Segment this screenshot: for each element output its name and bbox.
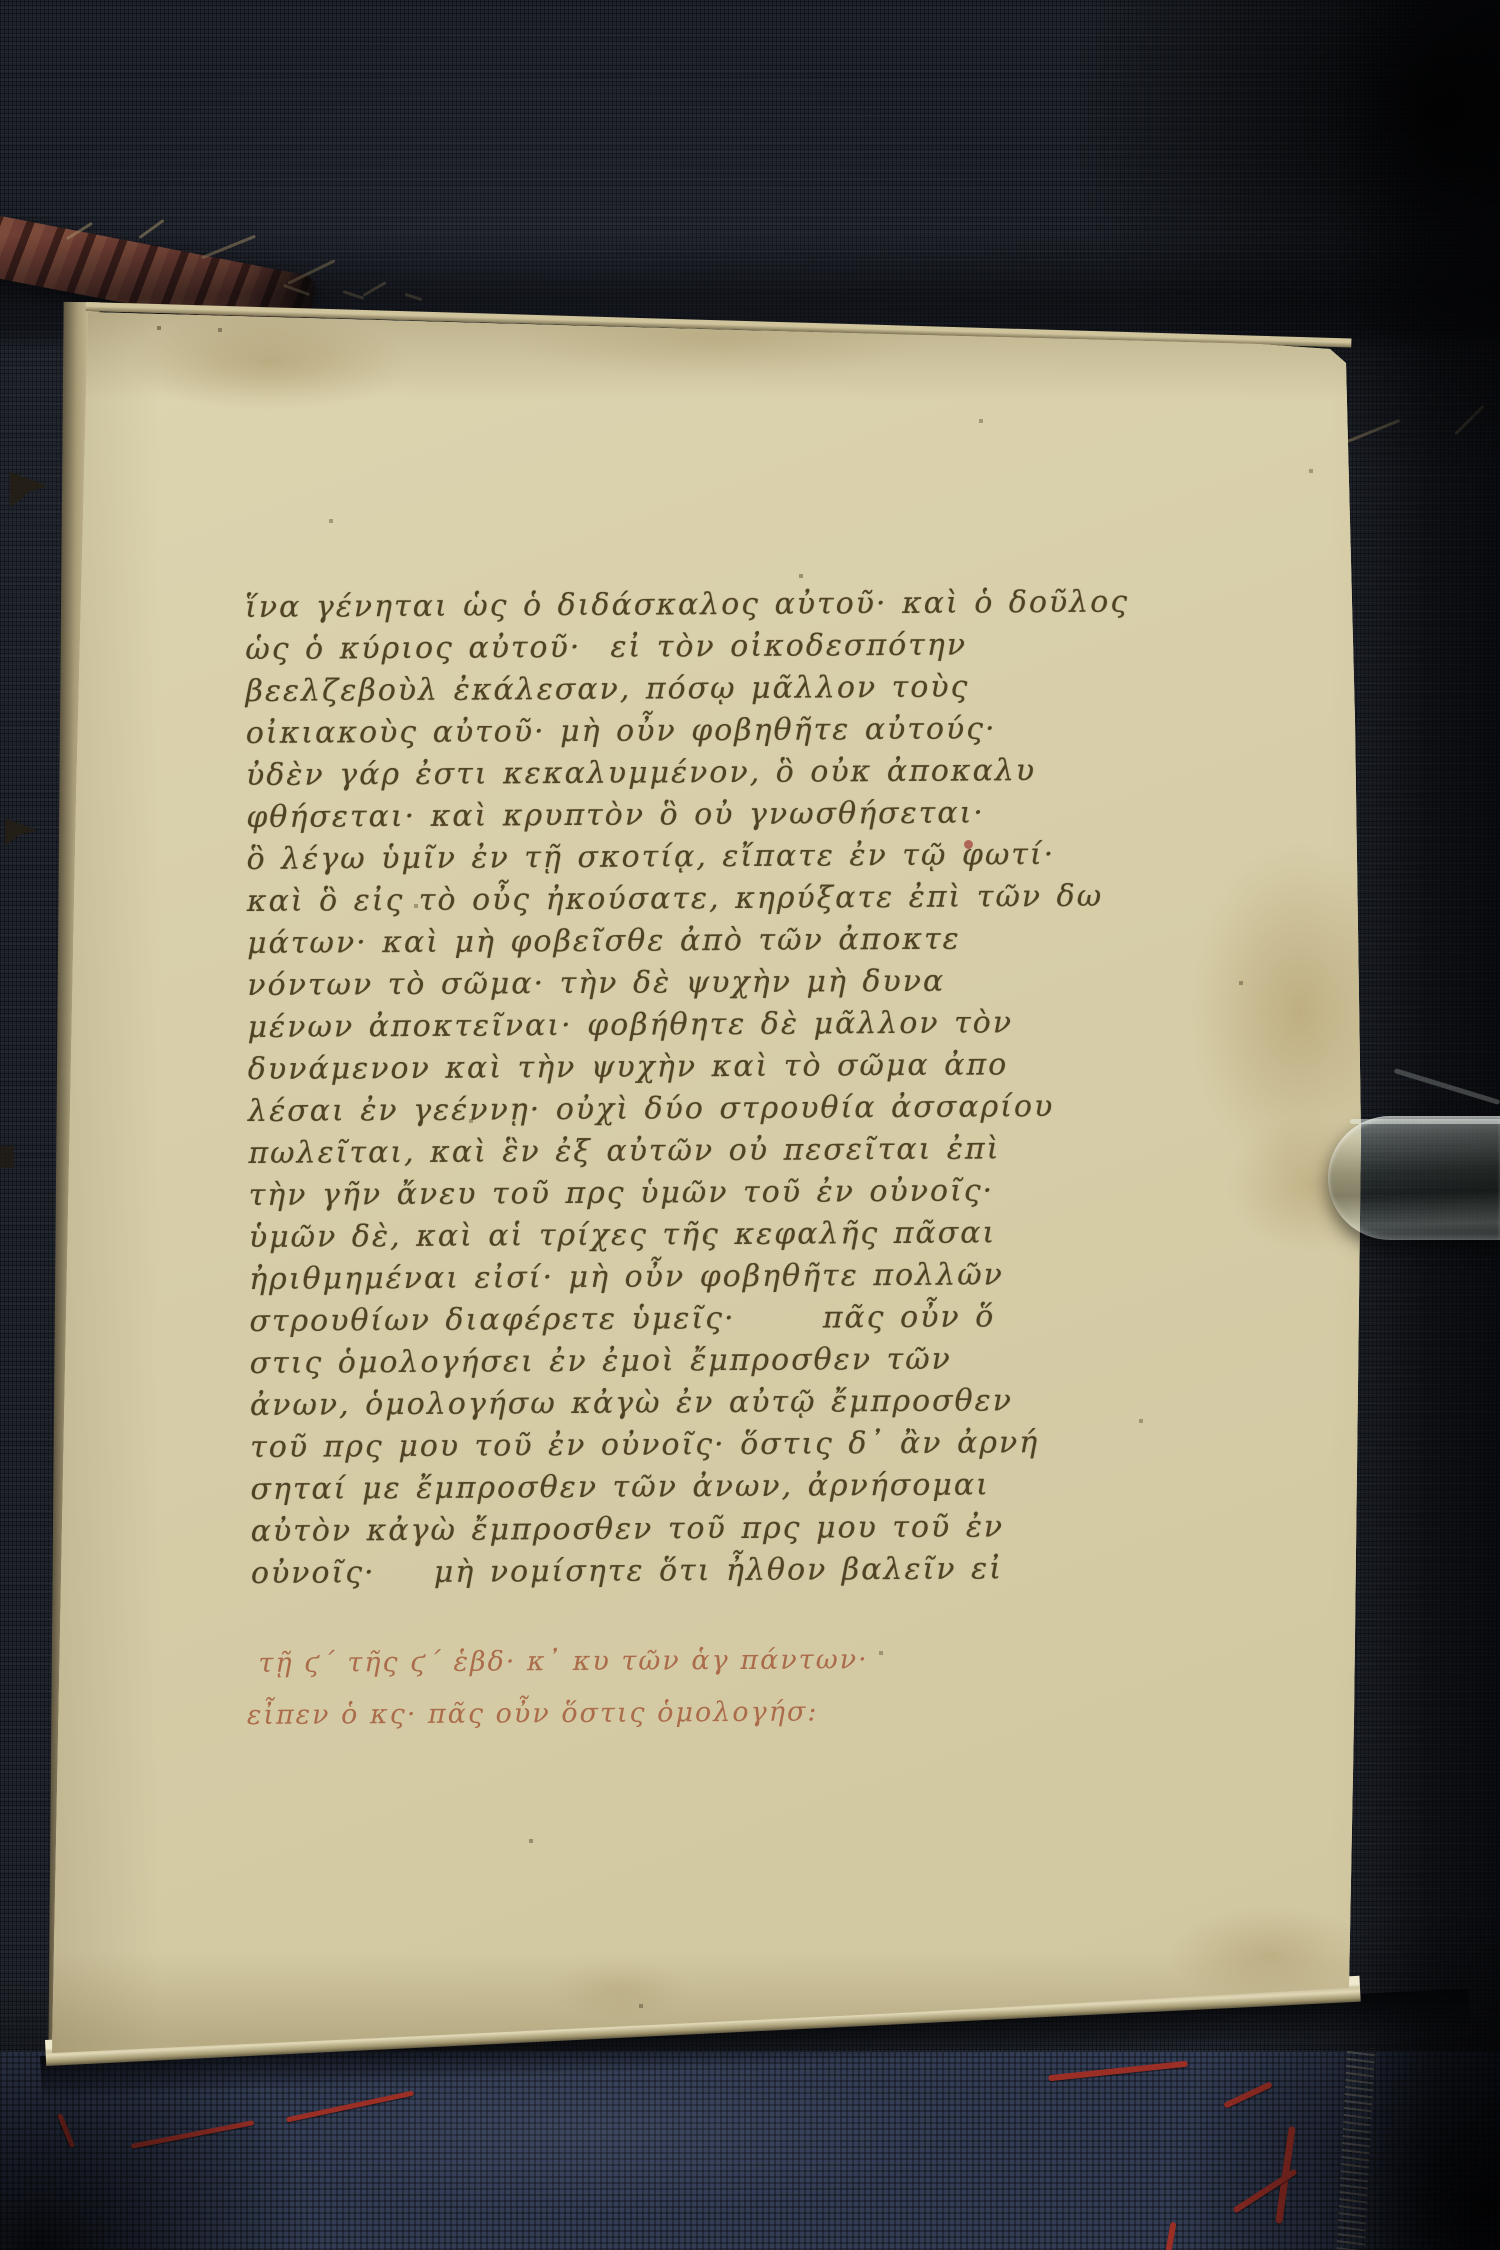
manuscript-line: λέσαι ἐν γεέννῃ· οὐχὶ δύο στρουθία ἀσσαρ…: [248, 1092, 1054, 1127]
plastic-strip: [1328, 1116, 1500, 1240]
manuscript-line: βεελζεβοὺλ ἐκάλεσαν, πόσῳ μᾶλλον τοὺς: [245, 673, 969, 707]
manuscript-line: στρουθίων διαφέρετε ὑμεῖς· πᾶς οὖν ὅ: [249, 1302, 995, 1337]
manuscript-line: δυνάμενον καὶ τὴν ψυχὴν καὶ τὸ σῶμα ἀπο: [248, 1050, 1009, 1085]
manuscript-line: καὶ ὃ εἰς τὸ οὖς ἠκούσατε, κηρύξατε ἐπὶ …: [247, 882, 1103, 917]
manuscript-line: ὃ λέγω ὑμῖν ἐν τῇ σκοτίᾳ, εἴπατε ἐν τῷ φ…: [246, 840, 1055, 875]
manuscript-line: ὑμῶν δὲ, καὶ αἱ τρίχες τῆς κεφαλῆς πᾶσαι: [249, 1218, 997, 1253]
manuscript-line: φθήσεται· καὶ κρυπτὸν ὃ οὐ γνωσθήσεται·: [246, 798, 985, 833]
manuscript-line: ἠριθμημέναι εἰσί· μὴ οὖν φοβηθῆτε πολλῶν: [249, 1260, 1004, 1295]
text-block: ἵνα γένηται ὡς ὁ διδάσκαλος αὐτοῦ· καὶ ὁ…: [0, 0, 1500, 2250]
manuscript-line: νόντων τὸ σῶμα· τὴν δὲ ψυχὴν μὴ δυνα: [247, 967, 945, 1001]
manuscript-line: ὐδὲν γάρ ἐστι κεκαλυμμένον, ὃ οὐκ ἀποκαλ…: [246, 756, 1036, 791]
manuscript-line: μένων ἀποκτεῖναι· φοβήθητε δὲ μᾶλλον τὸν: [248, 1008, 1014, 1043]
manuscript-line: οὐνοῖς· μὴ νομίσητε ὅτι ἦλθον βαλεῖν εἰ: [251, 1554, 1003, 1589]
rubric-dot: [964, 840, 973, 849]
manuscript-line: ἀνων, ὁμολογήσω κἀγὼ ἐν αὐτῷ ἔμπροσθεν: [250, 1386, 1013, 1421]
manuscript-photo: 30 ἵνα γένηται ὡς ὁ διδάσκαλος αὐτοῦ· κα…: [0, 0, 1500, 2250]
manuscript-line: αὐτὸν κἀγὼ ἔμπροσθεν τοῦ πρς μου τοῦ ἐν: [251, 1512, 1005, 1547]
manuscript-line: ἵνα γένηται ὡς ὁ διδάσκαλος αὐτοῦ· καὶ ὁ…: [245, 588, 1129, 623]
manuscript-line: ὡς ὁ κύριος αὐτοῦ· εἰ τὸν οἰκοδεσπότην: [245, 631, 967, 665]
manuscript-line: σηταί με ἔμπροσθεν τῶν ἀνων, ἀρνήσομαι: [250, 1470, 990, 1505]
manuscript-line: πωλεῖται, καὶ ἓν ἐξ αὐτῶν οὐ πεσεῖται ἐπ…: [248, 1134, 1000, 1169]
manuscript-line: μάτων· καὶ μὴ φοβεῖσθε ἀπὸ τῶν ἀποκτε: [247, 925, 961, 959]
manuscript-line: στις ὁμολογήσει ἐν ἐμοὶ ἔμπροσθεν τῶν: [250, 1345, 952, 1379]
manuscript-line: τοῦ πρς μου τοῦ ἐν οὐνοῖς· ὅστις δ᾽ ἂν ἀ…: [250, 1428, 1039, 1463]
rubric-line: εἶπεν ὁ κς· πᾶς οὖν ὅστις ὁμολογήσ:: [247, 1698, 819, 1728]
manuscript-line: οἰκιακοὺς αὐτοῦ· μὴ οὖν φοβηθῆτε αὐτούς·: [246, 714, 997, 749]
rubric-line: τῇ ϛ´ τῆς ϛ´ ἑβδ· κ᾽ κυ τῶν ἁγ πάντων·: [258, 1646, 868, 1677]
plastic-strip-highlight: [1350, 1119, 1500, 1124]
manuscript-line: τὴν γῆν ἄνευ τοῦ πρς ὑμῶν τοῦ ἐν οὐνοῖς·: [249, 1176, 995, 1211]
